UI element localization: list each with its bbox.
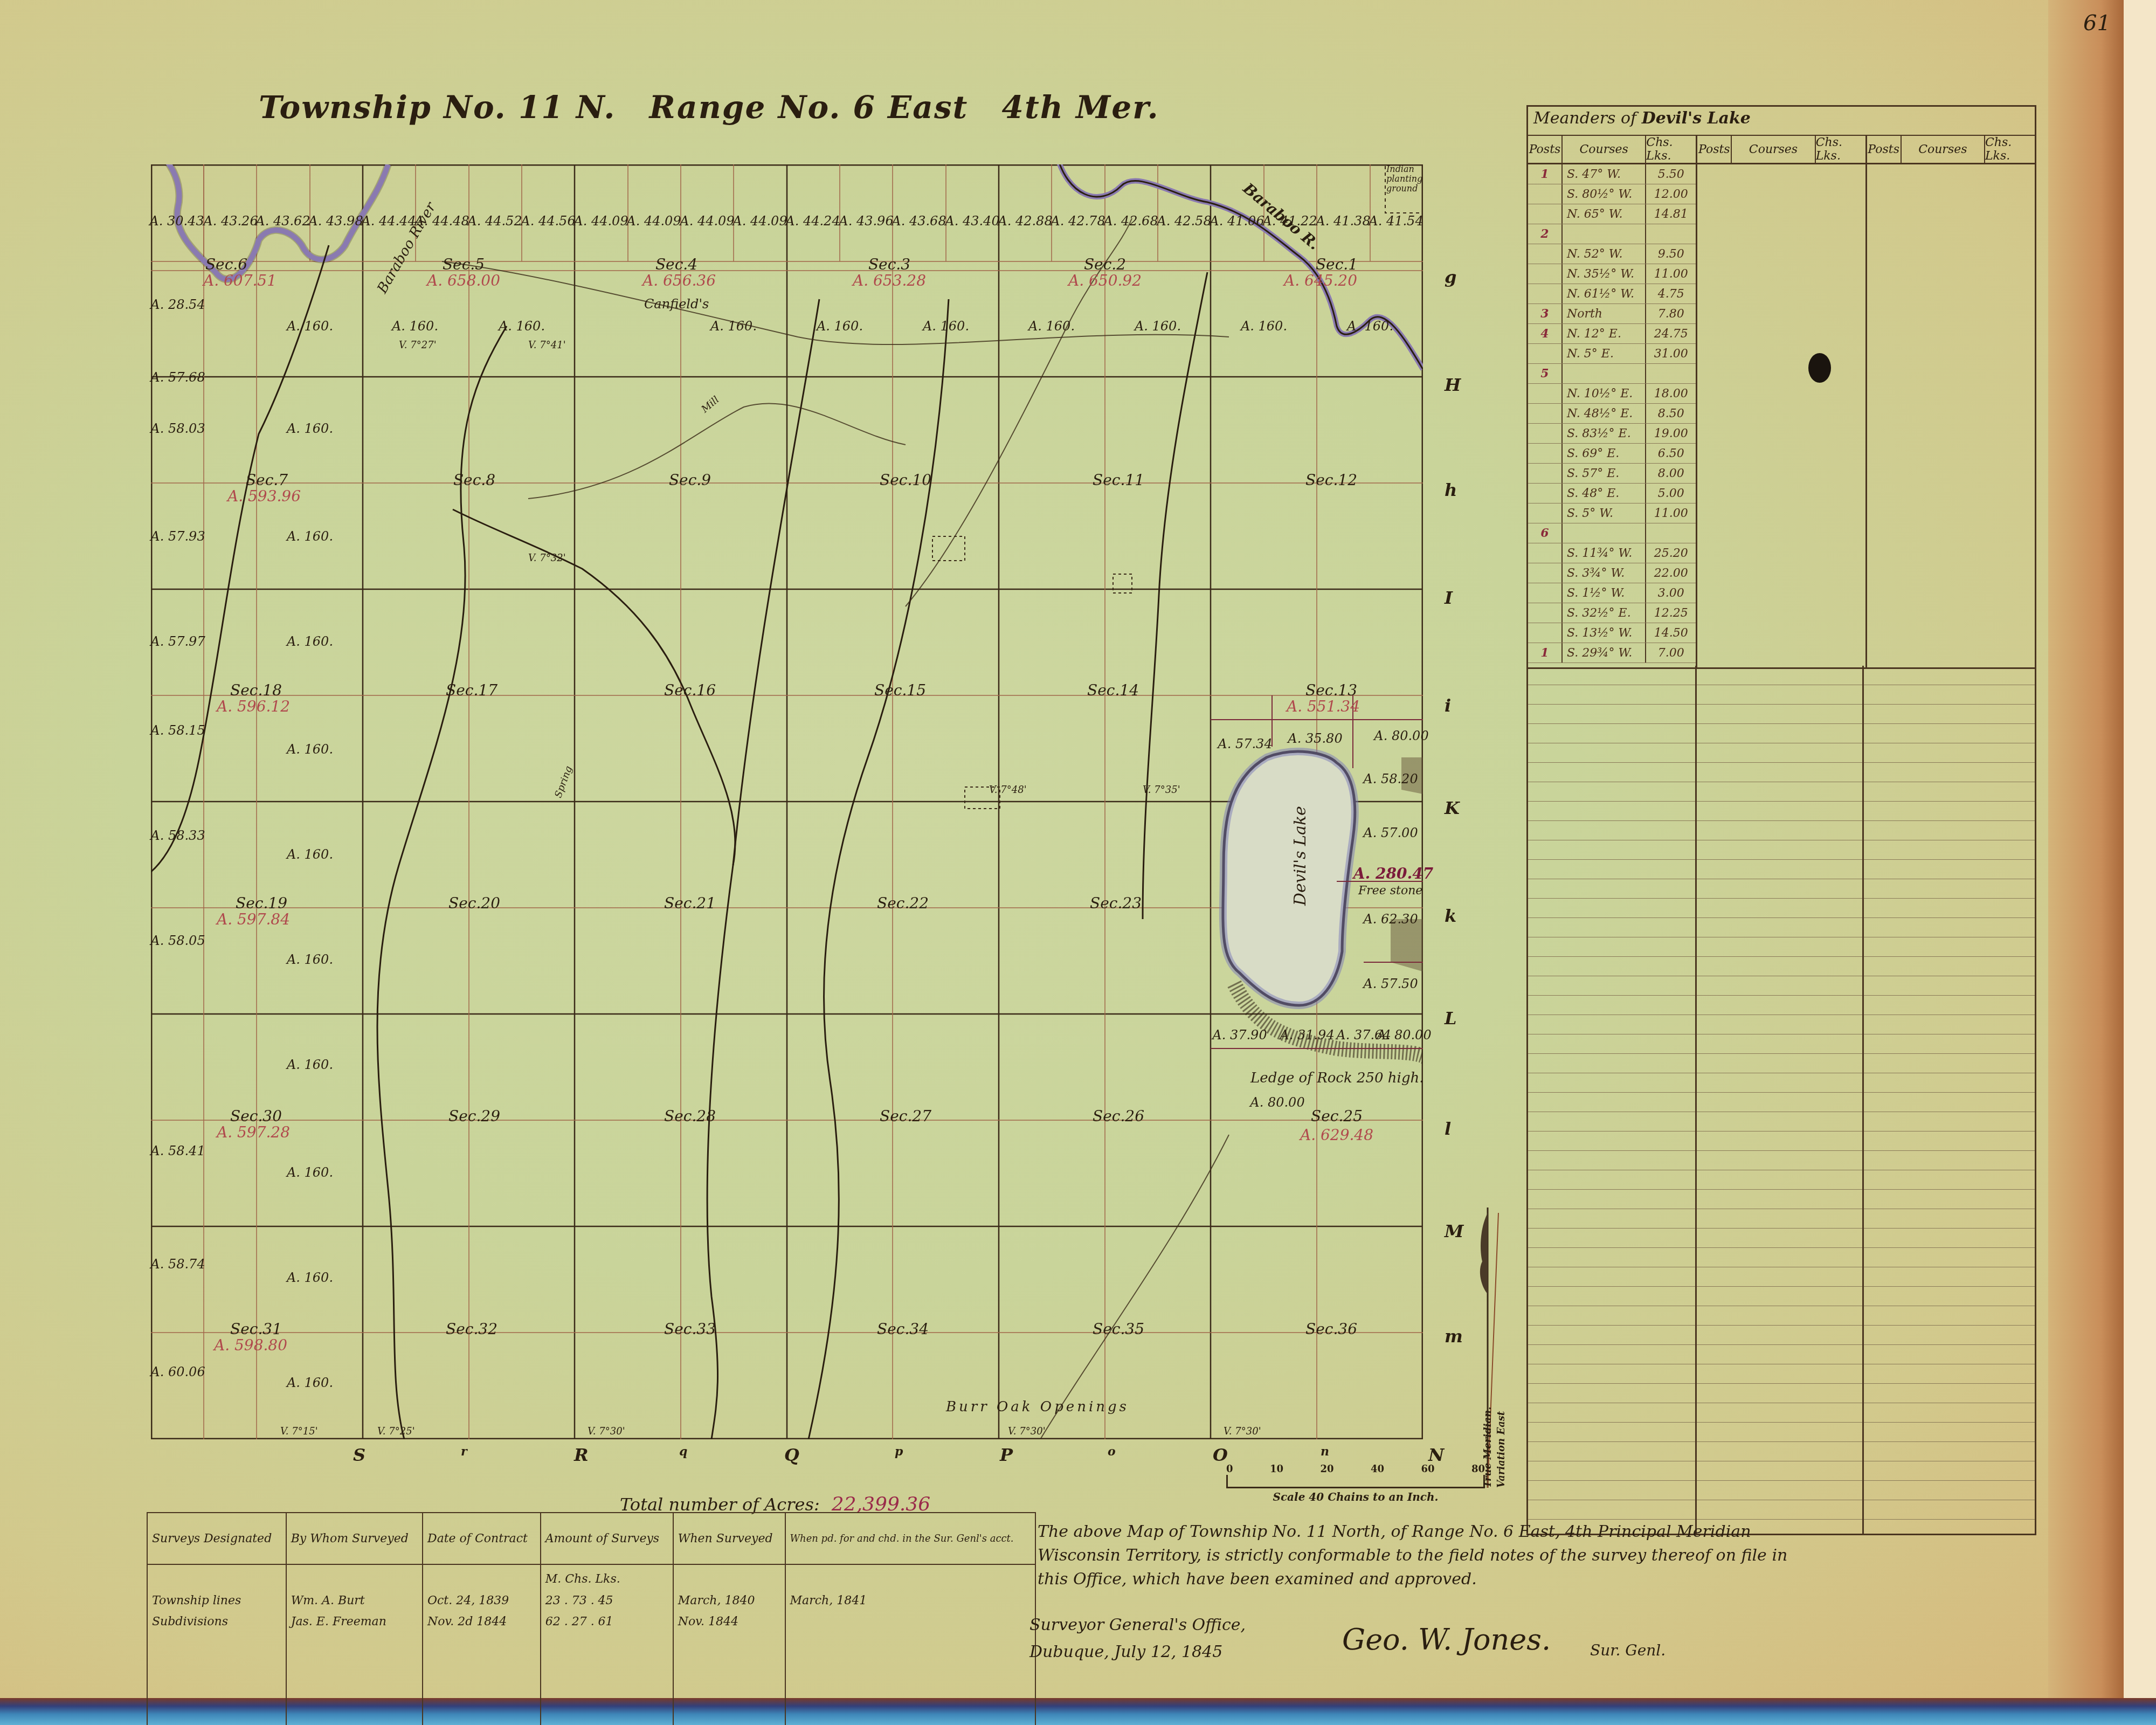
section-label: Sec.8 <box>453 471 495 489</box>
map-linework <box>151 164 1423 1439</box>
ink-blot <box>1808 353 1831 383</box>
section-label: Sec.7 <box>246 471 288 489</box>
variation-label: V. 7°41' <box>528 340 566 351</box>
section-acres: A. 551.34 <box>1287 698 1360 715</box>
meander-row: S. 32½° E.12.25 <box>1528 603 1696 623</box>
quarter-acres: A. 160. <box>710 319 757 334</box>
lot-acres: A. 57.68 <box>150 370 205 385</box>
section-acres: A. 658.00 <box>427 272 500 289</box>
lot-acres: A. 57.93 <box>150 529 205 544</box>
lot-acres: A. 57.50 <box>1363 976 1418 991</box>
lot-acres: A. 44.44 <box>361 213 416 229</box>
lot-acres: A. 60.06 <box>150 1364 205 1379</box>
range-letter: m <box>1445 1326 1463 1347</box>
quarter-acres: A. 160. <box>1135 319 1181 334</box>
meander-row: S. 80½° W.12.00 <box>1528 184 1696 204</box>
quarter-acres: A. 160. <box>287 529 333 544</box>
meander-row: N. 5° E.31.00 <box>1528 344 1696 364</box>
lot-acres: A. 42.88 <box>998 213 1052 229</box>
meander-row: N. 48½° E.8.50 <box>1528 404 1696 424</box>
section-label: Sec.34 <box>877 1320 929 1338</box>
range-letter: H <box>1445 375 1461 395</box>
lot-acres: A. 43.68 <box>892 213 946 229</box>
meander-row: 6 <box>1528 523 1696 543</box>
section-acres: A. 607.51 <box>203 272 277 289</box>
section-label: Sec.19 <box>236 894 287 912</box>
section-label: Sec.28 <box>664 1107 716 1125</box>
freestone-label: Free stone <box>1358 884 1422 898</box>
meander-row: S. 1½° W.3.00 <box>1528 583 1696 603</box>
section-label: Sec.21 <box>664 894 716 912</box>
variation-label: V. 7°30' <box>1224 1426 1261 1437</box>
section-acres: A. 596.12 <box>217 698 290 715</box>
range-letter: l <box>1445 1119 1451 1139</box>
quarter-acres: A. 160. <box>1241 319 1287 334</box>
quarter-acres: A. 160. <box>287 319 333 334</box>
range-letter: q <box>679 1445 687 1459</box>
lot-acres: A. 44.56 <box>521 213 575 229</box>
range-letter: M <box>1445 1221 1463 1241</box>
meander-row: S. 13½° W.14.50 <box>1528 623 1696 643</box>
meanders-rows: 1S. 47° W.5.50S. 80½° W.12.00N. 65° W.14… <box>1528 164 1696 668</box>
meanders-column-group: Posts Courses Chs. Lks. <box>1867 136 2035 668</box>
col-posts: Posts <box>1528 136 1563 163</box>
scale-ruler <box>1226 1475 1485 1488</box>
lot-acres: A. 44.09 <box>573 213 628 229</box>
lot-acres: A. 43.62 <box>255 213 310 229</box>
variation-label: V. 7°15' <box>280 1426 318 1437</box>
surveys-table: Surveys Designated By Whom Surveyed Date… <box>147 1512 1036 1725</box>
section-label: Sec.15 <box>874 681 926 699</box>
lot-acres: A. 58.33 <box>150 828 205 843</box>
variation-east-label: Variation East <box>1496 1411 1507 1488</box>
quarter-acres: A. 160. <box>923 319 969 334</box>
lot-acres: A. 44.52 <box>467 213 522 229</box>
true-meridian-label: True Meridian. <box>1482 1406 1494 1488</box>
lot-acres: A. 41.38 <box>1316 213 1370 229</box>
lot-acres: A. 58.74 <box>150 1257 205 1272</box>
lot-acres: A. 80.00 <box>1374 728 1428 743</box>
section-acres: A. 650.92 <box>1068 272 1142 289</box>
col-chains: Chs. Lks. <box>1646 136 1696 163</box>
lot-acres: A. 80.00 <box>1377 1027 1431 1043</box>
quarter-acres: A. 160. <box>287 952 333 967</box>
lot-acres: A. 57.97 <box>150 634 205 649</box>
meanders-column-group: Posts Courses Chs. Lks. <box>1697 136 1867 668</box>
meander-row: S. 83½° E.19.00 <box>1528 424 1696 444</box>
section-label: Sec.29 <box>448 1107 500 1125</box>
section-acres: A. 645.20 <box>1284 272 1357 289</box>
col-surveys-designated: Surveys Designated <box>147 1513 286 1564</box>
range-letter: S <box>353 1445 365 1465</box>
lot-acres: A. 35.80 <box>1288 731 1342 746</box>
title-meridian: 4th Mer. <box>1002 89 1159 126</box>
section-label: Sec.18 <box>230 681 282 699</box>
col-when-paid: When pd. for and chd. in the Sur. Genl's… <box>785 1513 1035 1564</box>
quarter-acres: A. 160. <box>287 634 333 649</box>
title-range: Range No. 6 East <box>649 89 969 126</box>
range-letter: Q <box>784 1445 799 1465</box>
range-letter: p <box>895 1445 903 1459</box>
quarter-acres: A. 160. <box>499 319 545 334</box>
section-acres: A. 629.48 <box>1300 1126 1373 1144</box>
meander-row: S. 57° E.8.00 <box>1528 464 1696 484</box>
quarter-acres: A. 160. <box>1028 319 1075 334</box>
lot-acres: A. 43.96 <box>839 213 893 229</box>
section-label: Sec.10 <box>880 471 931 489</box>
section-acres: A. 280.47 <box>1353 865 1433 882</box>
section-label: Sec.1 <box>1316 256 1358 273</box>
map-title: Township No. 11 N. Range No. 6 East 4th … <box>259 89 1181 126</box>
meander-row: N. 65° W.14.81 <box>1528 204 1696 224</box>
section-label: Sec.11 <box>1093 471 1144 489</box>
lot-acres: A. 43.26 <box>203 213 258 229</box>
meanders-title: Meanders of Devil's Lake <box>1528 107 2035 136</box>
devils-lake-label: Devil's Lake <box>1291 806 1310 906</box>
section-label: Sec.6 <box>205 256 247 273</box>
section-label: Sec.5 <box>443 256 485 273</box>
lot-acres: A. 80.00 <box>1250 1095 1304 1110</box>
lot-acres: A. 57.00 <box>1363 825 1418 840</box>
lake-name: Devil's Lake <box>1642 109 1751 128</box>
range-letter: n <box>1321 1445 1329 1459</box>
paper-edge <box>2048 0 2124 1698</box>
section-label: Sec.32 <box>446 1320 497 1338</box>
col-amount: Amount of Surveys <box>541 1513 673 1564</box>
range-letter: k <box>1445 906 1456 926</box>
ruled-ledger <box>1526 666 2036 1535</box>
section-acres: A. 597.28 <box>217 1123 290 1141</box>
quarter-acres: A. 160. <box>287 1375 333 1390</box>
meander-row: S. 3¾° W.22.00 <box>1528 563 1696 583</box>
quarter-acres: A. 160. <box>817 319 863 334</box>
quarter-acres: A. 160. <box>287 1165 333 1180</box>
meander-row: S. 69° E.6.50 <box>1528 444 1696 464</box>
section-label: Sec.16 <box>664 681 716 699</box>
meander-row: S. 5° W.11.00 <box>1528 503 1696 523</box>
burr-oak-openings-label: Burr Oak Openings <box>946 1399 1129 1415</box>
section-label: Sec.31 <box>230 1320 282 1338</box>
col-courses: Courses <box>1563 136 1646 163</box>
section-acres: A. 597.84 <box>217 910 290 928</box>
lot-acres: A. 58.03 <box>150 421 205 436</box>
section-label: Sec.4 <box>655 256 697 273</box>
quarter-acres: A. 160. <box>1347 319 1393 334</box>
meander-row: 3North7.80 <box>1528 304 1696 324</box>
lot-acres: A. 43.40 <box>945 213 999 229</box>
office-place-date: Surveyor General's Office, Dubuque, July… <box>1029 1612 1246 1666</box>
lot-acres: A. 58.05 <box>150 933 205 948</box>
section-acres: A. 653.28 <box>853 272 926 289</box>
lot-acres: A. 57.34 <box>1218 736 1272 751</box>
range-letter: R <box>574 1445 589 1465</box>
lot-acres: A. 44.09 <box>626 213 681 229</box>
section-label: Sec.2 <box>1084 256 1126 273</box>
quarter-acres: A. 160. <box>287 1270 333 1285</box>
section-acres: A. 656.36 <box>642 272 716 289</box>
range-letter: L <box>1445 1008 1457 1029</box>
meander-row: 1S. 29¾° W.7.00 <box>1528 643 1696 663</box>
title-township: Township No. 11 N. <box>259 89 616 126</box>
section-label: Sec.13 <box>1305 681 1357 699</box>
section-label: Sec.26 <box>1093 1107 1144 1125</box>
lot-acres: A. 58.20 <box>1363 771 1418 786</box>
section-label: Sec.30 <box>230 1107 282 1125</box>
section-label: Sec.22 <box>877 894 929 912</box>
scale-caption: Scale 40 Chains to an Inch. <box>1226 1491 1485 1503</box>
lot-acres: A. 42.78 <box>1051 213 1105 229</box>
section-label: Sec.36 <box>1305 1320 1357 1338</box>
variation-label: V. 7°30' <box>1008 1426 1046 1437</box>
variation-label: V. 7°25' <box>377 1426 415 1437</box>
lot-acres: A. 42.68 <box>1103 213 1158 229</box>
meander-row: 5 <box>1528 364 1696 384</box>
col-by-whom: By Whom Surveyed <box>286 1513 423 1564</box>
lot-acres: A. 28.54 <box>150 297 205 312</box>
lot-acres: A. 31.94 <box>1280 1027 1334 1043</box>
section-label: Sec.3 <box>868 256 910 273</box>
ledge-of-rock-label: Ledge of Rock 250 high. <box>1250 1070 1424 1086</box>
variation-label: V. 7°27' <box>399 340 437 351</box>
meridian-indicator: True Meridian. Variation East <box>1466 1207 1509 1488</box>
lot-acres: A. 41.06 <box>1210 213 1264 229</box>
range-letter: o <box>1108 1445 1116 1459</box>
table-row: Subdivisions Jas. E. Freeman Nov. 2d 184… <box>147 1612 1035 1633</box>
section-label: Sec.17 <box>446 681 497 699</box>
scale-bar: 0 10 20 40 60 80 Scale 40 Chains to an I… <box>1226 1464 1485 1503</box>
meander-row: S. 48° E.5.00 <box>1528 484 1696 503</box>
quarter-acres: A. 160. <box>392 319 438 334</box>
lot-acres: A. 62.30 <box>1363 912 1418 927</box>
lot-acres: A. 42.58 <box>1157 213 1211 229</box>
range-letter: N <box>1428 1445 1444 1465</box>
range-letter: i <box>1445 695 1451 716</box>
township-map: Sec.6 A. 607.51 Sec.5 A. 658.00 Sec.4 A.… <box>151 164 1423 1439</box>
meander-row: N. 10½° E.18.00 <box>1528 384 1696 404</box>
lot-acres: A. 44.09 <box>733 213 787 229</box>
page-number: 61 <box>2083 11 2111 36</box>
section-label: Sec.20 <box>448 894 500 912</box>
meander-row: 4N. 12° E.24.75 <box>1528 324 1696 344</box>
range-letter: r <box>461 1445 467 1459</box>
scan-margin <box>2124 0 2156 1725</box>
range-letter: K <box>1445 798 1460 818</box>
variation-label: V. 7°30' <box>588 1426 625 1437</box>
col-date-contract: Date of Contract <box>423 1513 541 1564</box>
section-label: Sec.9 <box>669 471 711 489</box>
meander-row: 2 <box>1528 224 1696 244</box>
lot-acres: A. 41.54 <box>1369 213 1423 229</box>
quarter-acres: A. 160. <box>287 742 333 757</box>
meander-row: N. 61½° W.4.75 <box>1528 284 1696 304</box>
signature-title: Sur. Genl. <box>1590 1641 1666 1659</box>
range-letter: O <box>1213 1445 1228 1465</box>
range-letter: I <box>1445 588 1453 608</box>
quarter-acres: A. 160. <box>287 1057 333 1072</box>
section-label: Sec.35 <box>1093 1320 1144 1338</box>
section-label: Sec.25 <box>1311 1107 1363 1125</box>
variation-label: V. 7°35' <box>1143 784 1180 796</box>
variation-label: V. 7°48' <box>989 784 1027 796</box>
meander-row: N. 52° W.9.50 <box>1528 244 1696 264</box>
lot-acres: A. 30.43 <box>149 213 204 229</box>
lot-acres: A. 37.90 <box>1212 1027 1267 1043</box>
quarter-acres: A. 160. <box>287 847 333 862</box>
signature: Geo. W. Jones. <box>1342 1623 1551 1657</box>
section-label: Sec.33 <box>664 1320 716 1338</box>
variation-label: V. 7°32' <box>528 553 566 564</box>
section-label: Sec.12 <box>1305 471 1357 489</box>
section-acres: A. 598.80 <box>214 1336 287 1354</box>
range-letter: P <box>1000 1445 1013 1465</box>
section-acres: A. 593.96 <box>227 487 301 505</box>
col-when-surveyed: When Surveyed <box>673 1513 785 1564</box>
section-label: Sec.23 <box>1090 894 1142 912</box>
lot-acres: A. 44.24 <box>785 213 840 229</box>
indian-planting-ground-label: Indian planting ground <box>1386 164 1427 194</box>
section-label: Sec.14 <box>1087 681 1139 699</box>
amount-units: M. Chs. Lks. <box>541 1564 673 1590</box>
quarter-acres: A. 160. <box>287 421 333 436</box>
meander-row: S. 11¾° W.25.20 <box>1528 543 1696 563</box>
meander-row: 1S. 47° W.5.50 <box>1528 164 1696 184</box>
lot-acres: A. 58.41 <box>150 1143 205 1158</box>
table-row: Township lines Wm. A. Burt Oct. 24, 1839… <box>147 1591 1035 1612</box>
lot-acres: A. 43.98 <box>308 213 363 229</box>
meanders-column-group: Posts Courses Chs. Lks. 1S. 47° W.5.50S.… <box>1528 136 1697 668</box>
certification-text: The above Map of Township No. 11 North, … <box>1038 1520 1808 1591</box>
lot-acres: A. 44.09 <box>680 213 734 229</box>
range-letter: g <box>1445 267 1456 287</box>
lot-acres: A. 58.15 <box>150 723 205 738</box>
meander-row: N. 35½° W.11.00 <box>1528 264 1696 284</box>
scale-ticks: 0 10 20 40 60 80 <box>1226 1464 1485 1475</box>
canfields-label: Canfield's <box>644 296 709 312</box>
meanders-table: Meanders of Devil's Lake Posts Courses C… <box>1526 105 2036 669</box>
range-letter: h <box>1445 480 1457 500</box>
section-label: Sec.27 <box>880 1107 931 1125</box>
